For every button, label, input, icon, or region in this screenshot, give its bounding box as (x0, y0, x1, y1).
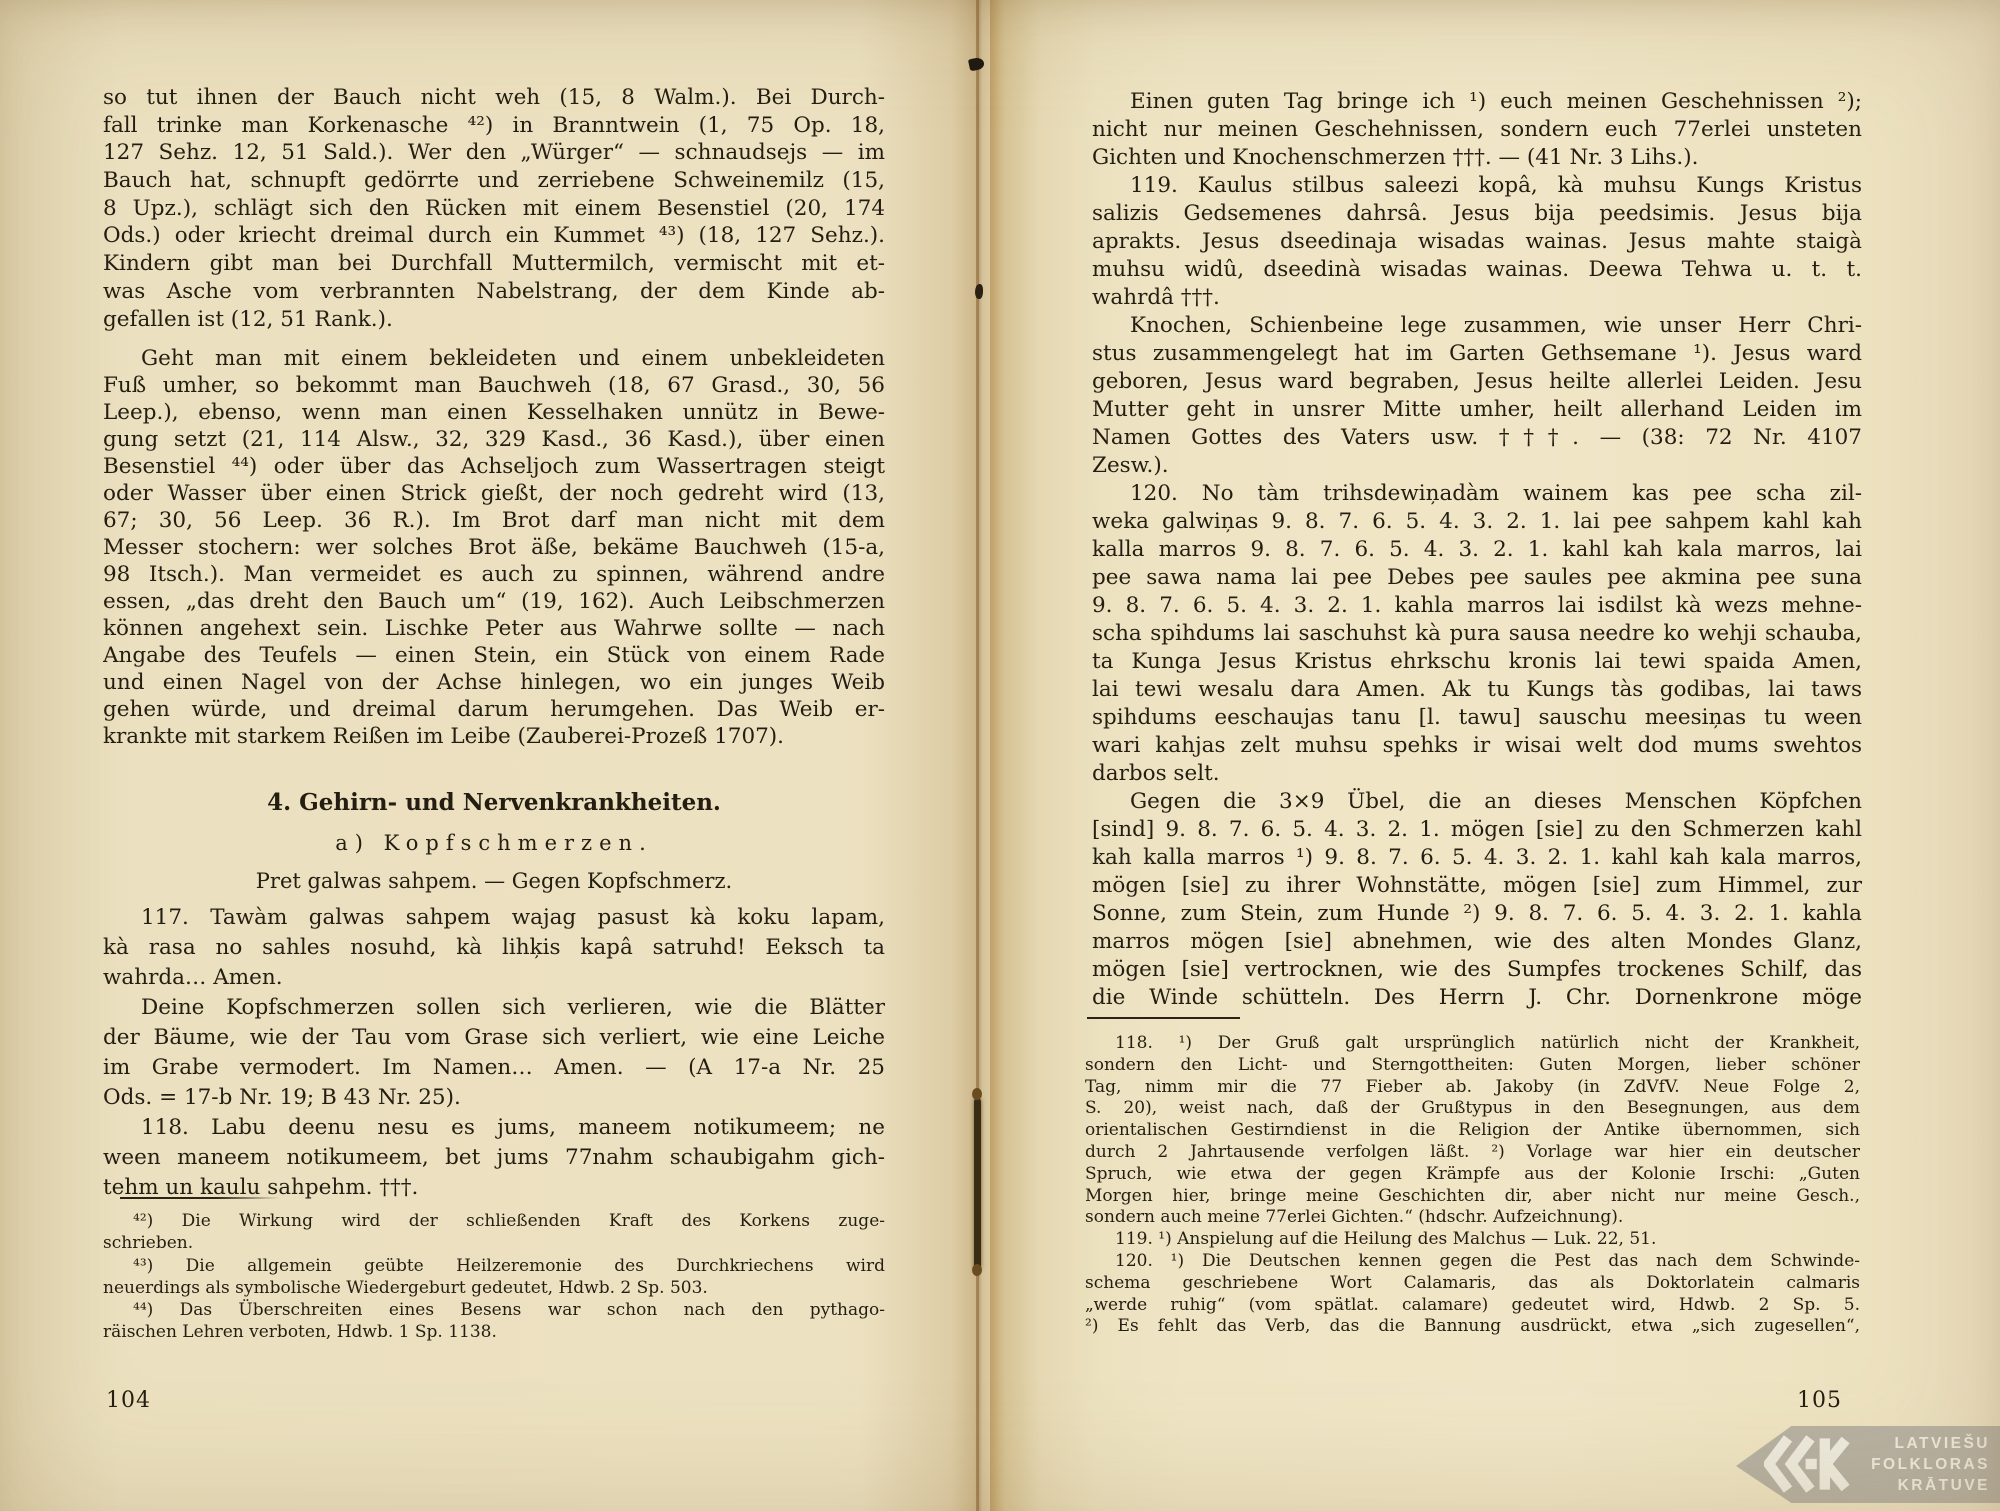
text-line: nicht nur meinen Geschehnissen, sondern … (1092, 116, 1862, 144)
text-line: wahrda… Amen. (103, 963, 885, 993)
text-line: Namen Gottes des Vaters usw. †††. — (38:… (1092, 424, 1862, 452)
text-line: Spruch, wie etwa der gegen Krämpfe aus d… (1085, 1164, 1860, 1186)
text-line: schema geschriebene Wort Calamaris, das … (1085, 1273, 1860, 1295)
left-intro-paragraph: so tut ihnen der Bauch nicht weh (15, 8 … (103, 84, 885, 333)
footnote-rule-right (1087, 1017, 1240, 1019)
section-heading: 4. Gehirn- und Nervenkrankheiten. (103, 789, 885, 816)
text-line: 118. Labu deenu nesu es jums, maneem not… (103, 1113, 885, 1143)
text-line: „werde ruhig“ (vom spätlat. calamare) ge… (1085, 1295, 1860, 1317)
text-line: 118. ¹) Der Gruß galt ursprünglich natür… (1085, 1033, 1860, 1055)
text-line: 67; 30, 56 Leep. 36 R.). Im Brot darf ma… (103, 507, 885, 534)
ink-spot (968, 57, 985, 72)
footnote-rule-left (120, 1197, 280, 1199)
text-line: krankte mit starkem Reißen im Leibe (Zau… (103, 723, 885, 750)
text-line: Fuß umher, so bekommt man Bauchweh (18, … (103, 372, 885, 399)
text-line: lai tewi wesalu dara Amen. Ak tu Kungs t… (1092, 676, 1862, 704)
text-line: ta Kunga Jesus Kristus ehrkschu kronis l… (1092, 648, 1862, 676)
text-line: sondern den Licht- und Sterngottheiten: … (1085, 1055, 1860, 1077)
text-line: spihdums eeschaujas tanu [l. tawu] sausc… (1092, 704, 1862, 732)
text-line: wari kahjas zelt muhsu spehks ir wisai w… (1092, 732, 1862, 760)
text-line: essen, „das dreht den Bauch um“ (19, 162… (103, 588, 885, 615)
text-line: Geht man mit einem bekleideten und einem… (103, 345, 885, 372)
text-line: Angabe des Teufels — einen Stein, ein St… (103, 642, 885, 669)
text-line: orientalischen Gestirndienst in die Reli… (1085, 1120, 1860, 1142)
text-line: weka galwiņas 9. 8. 7. 6. 5. 4. 3. 2. 1.… (1092, 508, 1862, 536)
text-line: der Bäume, wie der Tau vom Grase sich ve… (103, 1023, 885, 1053)
text-line: Einen guten Tag bringe ich ¹) euch meine… (1092, 88, 1862, 116)
text-line: Morgen hier, bringe meine Geschichten di… (1085, 1186, 1860, 1208)
text-line: durch 2 Jahrtausende verfolgen läßt. ²) … (1085, 1142, 1860, 1164)
right-footnotes: 118. ¹) Der Gruß galt ursprünglich natür… (1085, 1033, 1860, 1338)
text-line: Besenstiel ⁴⁴) oder über das Achseljoch … (103, 453, 885, 480)
watermark-line: KRĀTUVE (1871, 1475, 1990, 1496)
text-line: im Grabe vermodert. Im Namen… Amen. — (A… (103, 1053, 885, 1083)
text-line: Ods.) oder kriecht dreimal durch ein Kum… (103, 222, 885, 250)
text-line: marros mögen [sie] abnehmen, wie des alt… (1092, 928, 1862, 956)
binding-thread (972, 1088, 982, 1100)
text-line: kà rasa no sahles nosuhd, kà lihķis kapâ… (103, 933, 885, 963)
text-line: aprakts. Jesus dseedinaja wisadas wainas… (1092, 228, 1862, 256)
text-line: ²) Es fehlt das Verb, das die Bannung au… (1085, 1316, 1860, 1338)
text-line: Kindern gibt man bei Durchfall Muttermil… (103, 250, 885, 278)
text-line: Leep.), ebenso, wenn man einen Kesselhak… (103, 399, 885, 426)
text-line: 119. ¹) Anspielung auf die Heilung des M… (1085, 1229, 1860, 1251)
watermark-banner: LATVIEŠU FOLKLORAS KRĀTUVE (1736, 1426, 2000, 1503)
text-line: fall trinke man Korkenasche ⁴²) in Brann… (103, 112, 885, 140)
text-line: 117. Tawàm galwas sahpem wajag pasust kà… (103, 903, 885, 933)
watermark-line: LATVIEŠU (1871, 1433, 1990, 1454)
text-line: 119. Kaulus stilbus saleezi kopâ, kà muh… (1092, 172, 1862, 200)
text-line: wahrdâ †††. (1092, 284, 1862, 312)
text-line: 9. 8. 7. 6. 5. 4. 3. 2. 1. kahla marros … (1092, 592, 1862, 620)
text-line: 120. ¹) Die Deutschen kennen gegen die P… (1085, 1251, 1860, 1273)
text-line: Mutter geht in unsrer Mitte umher, heilt… (1092, 396, 1862, 424)
text-line: mögen [sie] zu ihrer Wohnstätte, mögen [… (1092, 872, 1862, 900)
right-body-paragraphs: Einen guten Tag bringe ich ¹) euch meine… (1092, 88, 1862, 1012)
text-line: ⁴³) Die allgemein geübte Heilzeremonie d… (103, 1255, 885, 1277)
ink-spot (975, 284, 983, 299)
text-line: [sind] 9. 8. 7. 6. 5. 4. 3. 2. 1. mögen … (1092, 816, 1862, 844)
text-line: was Asche vom verbrannten Nabelstrang, d… (103, 278, 885, 306)
charm-paragraphs: 117. Tawàm galwas sahpem wajag pasust kà… (103, 903, 885, 1203)
text-line: Messer stochern: wer solches Brot äße, b… (103, 534, 885, 561)
text-line: kah kalla marros ¹) 9. 8. 7. 6. 5. 4. 3.… (1092, 844, 1862, 872)
text-line: scha spihdums lai saschuhst kà pura saus… (1092, 620, 1862, 648)
text-line: ⁴²) Die Wirkung wird der schließenden Kr… (103, 1210, 885, 1232)
text-line: und einen Nagel von der Achse hinlegen, … (103, 669, 885, 696)
charm-title: Pret galwas sahpem. — Gegen Kopfschmerz. (103, 869, 885, 893)
book-scan: so tut ihnen der Bauch nicht weh (15, 8 … (0, 0, 2000, 1511)
text-line: sondern auch meine 77erlei Gichten.“ (hd… (1085, 1207, 1860, 1229)
text-line: Bauch hat, schnupft gedörrte und zerrieb… (103, 167, 885, 195)
watermark-text: LATVIEŠU FOLKLORAS KRĀTUVE (1871, 1433, 1990, 1496)
text-line: Deine Kopfschmerzen sollen sich verliere… (103, 993, 885, 1023)
page-number-right: 105 (1797, 1388, 1842, 1413)
text-line: gehen würde, und dreimal darum herumgehe… (103, 696, 885, 723)
text-line: darbos selt. (1092, 760, 1862, 788)
text-line: stus zusammengelegt hat im Garten Gethse… (1092, 340, 1862, 368)
left-footnotes: ⁴²) Die Wirkung wird der schließenden Kr… (103, 1210, 885, 1344)
text-line: Ods. = 17-b Nr. 19; B 43 Nr. 25). (103, 1083, 885, 1113)
text-line: Knochen, Schienbeine lege zusammen, wie … (1092, 312, 1862, 340)
binding-thread (972, 1264, 982, 1276)
text-line: salizis Gedsemenes dahrsâ. Jesus bija pe… (1092, 200, 1862, 228)
text-line: oder Wasser über einen Strick gießt, der… (103, 480, 885, 507)
text-line: 98 Itsch.). Man vermeidet es auch zu spi… (103, 561, 885, 588)
text-line: ⁴⁴) Das Überschreiten eines Besens war s… (103, 1299, 885, 1321)
text-line: Gichten und Knochenschmerzen †††. — (41 … (1092, 144, 1862, 172)
watermark-line: FOLKLORAS (1871, 1454, 1990, 1475)
text-line: 8 Upz.), schlägt sich den Rücken mit ein… (103, 195, 885, 223)
text-line: die Winde schütteln. Des Herrn J. Chr. D… (1092, 984, 1862, 1012)
text-line: so tut ihnen der Bauch nicht weh (15, 8 … (103, 84, 885, 112)
text-line: Tag, nimm mir die 77 Fieber ab. Jakoby (… (1085, 1077, 1860, 1099)
text-line: 127 Sehz. 12, 51 Sald.). Wer den „Würger… (103, 139, 885, 167)
subsection-heading: a) Kopfschmerzen. (103, 831, 885, 855)
gutter-dark-streak (974, 1098, 981, 1270)
text-line: schrieben. (103, 1232, 885, 1254)
text-line: kalla marros 9. 8. 7. 6. 5. 4. 3. 2. 1. … (1092, 536, 1862, 564)
text-line: räischen Lehren verboten, Hdwb. 1 Sp. 11… (103, 1321, 885, 1343)
text-line: gung setzt (21, 114 Alsw., 32, 329 Kasd.… (103, 426, 885, 453)
text-line: Zesw.). (1092, 452, 1862, 480)
text-line: ween maneem notikumeem, bet jums 77nahm … (103, 1143, 885, 1173)
text-line: Sonne, zum Stein, zum Hunde ²) 9. 8. 7. … (1092, 900, 1862, 928)
gutter-crease (976, 0, 979, 1511)
text-line: neuerdings als symbolische Wiedergeburt … (103, 1277, 885, 1299)
text-line: mögen [sie] vertrocknen, wie des Sumpfes… (1092, 956, 1862, 984)
page-number-left: 104 (106, 1388, 151, 1413)
text-line: können angehext sein. Lischke Peter aus … (103, 615, 885, 642)
text-line: Gegen die 3×9 Übel, die an dieses Mensch… (1092, 788, 1862, 816)
text-line: geboren, Jesus ward begraben, Jesus heil… (1092, 368, 1862, 396)
text-line: pee sawa nama lai pee Debes pee saules p… (1092, 564, 1862, 592)
left-second-paragraph: Geht man mit einem bekleideten und einem… (103, 345, 885, 750)
text-line: gefallen ist (12, 51 Rank.). (103, 306, 885, 334)
text-line: muhsu widû, dseedinà wisadas wainas. Dee… (1092, 256, 1862, 284)
text-line: S. 20), weist nach, daß der Grußtypus in… (1085, 1098, 1860, 1120)
text-line: 120. No tàm trihsdewiņadàm wainem kas pe… (1092, 480, 1862, 508)
